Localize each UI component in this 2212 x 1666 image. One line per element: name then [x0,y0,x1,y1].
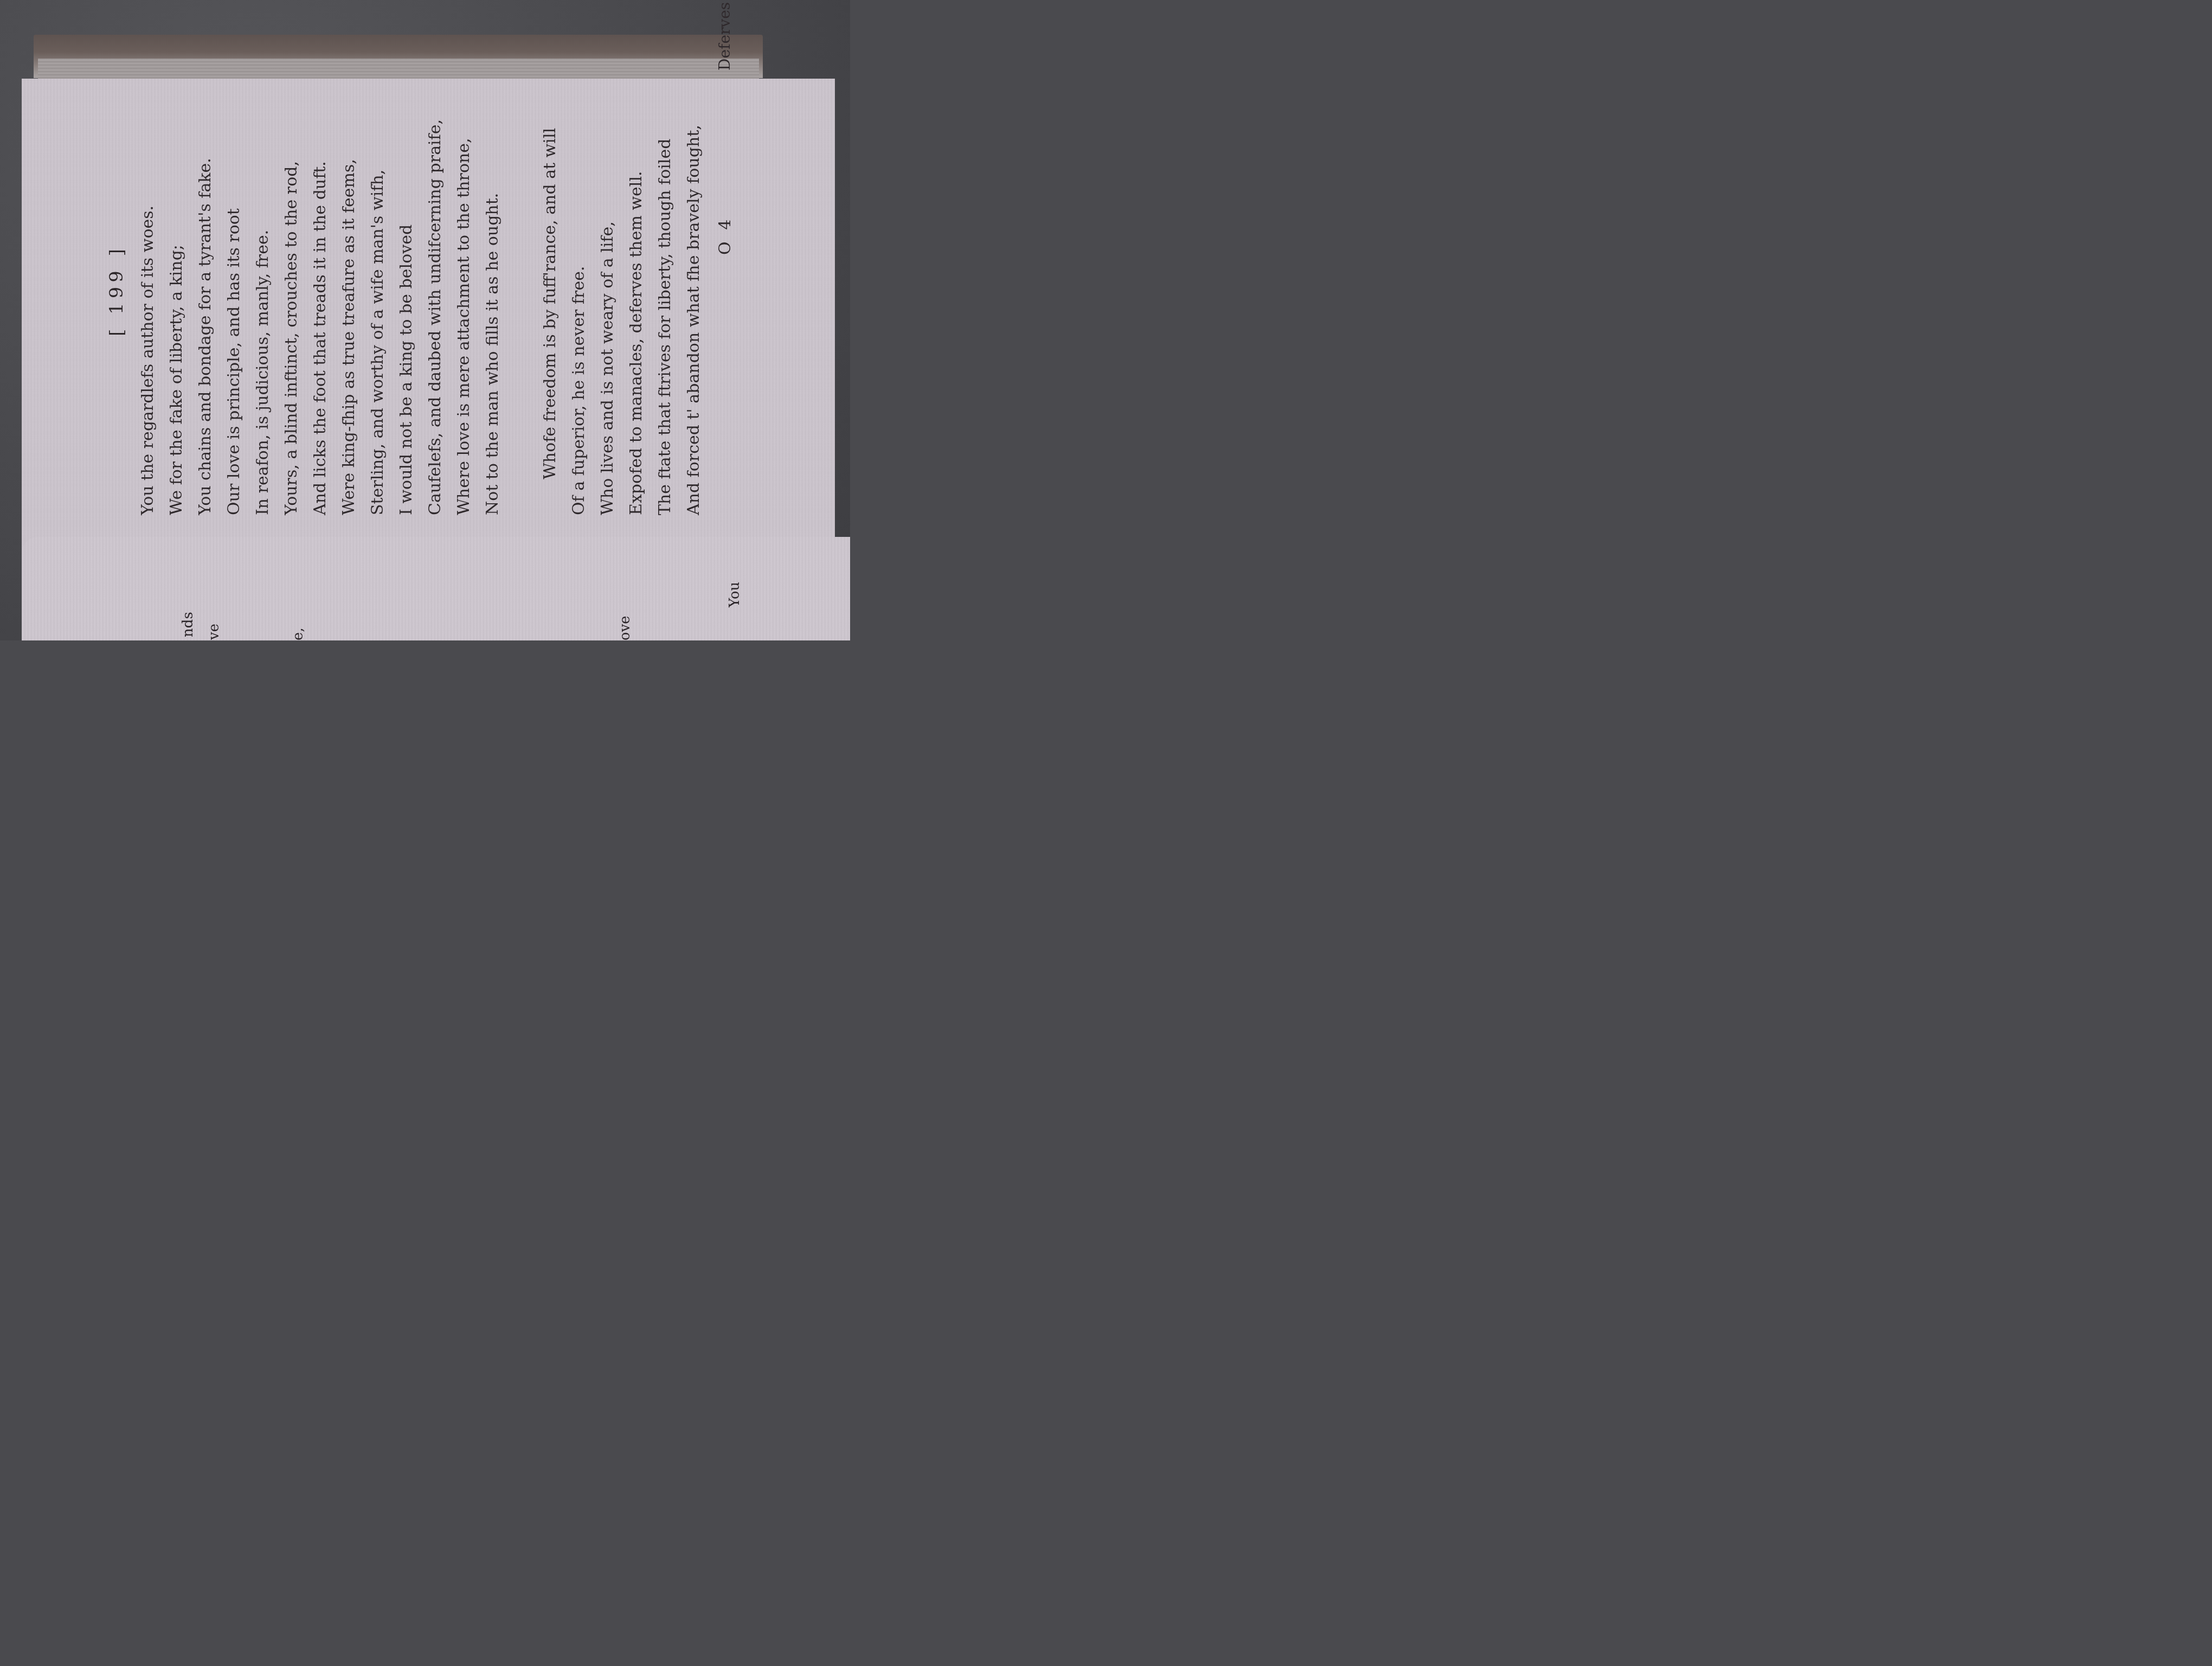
text-line: I would not be a king to be beloved [397,225,416,515]
text-line: Caufelefs, and daubed with undifcerning … [426,119,445,515]
facing-page-fragment: ove [617,616,633,640]
text-line: We for the fake of liberty, a king; [167,245,186,515]
text-line: You chains and bondage for a tyrant's fa… [196,158,215,515]
text-line: Of a fuperior, he is never free. [569,266,588,515]
text-line: Who lives and is not weary of a life, [598,221,617,515]
page-number: [ 199 ] [106,245,127,336]
page-text-block: [ 199 ] You the regardlefs author of its… [127,0,832,515]
text-line: Not to the man who fills it as he ought. [483,193,502,515]
facing-page-fragment: ve [206,624,222,640]
text-line: And licks the foot that treads it in the… [311,161,330,515]
text-line: Where love is mere attachment to the thr… [454,138,473,515]
catchword: Deferves [716,2,734,71]
text-line: Were king-fhip as true treafure as it fe… [339,159,358,515]
text-line: Yours, a blind inftinct, crouches to the… [282,161,301,515]
text-line: In reafon, is judicious, manly, free. [253,230,272,515]
text-line: You the regardlefs author of its woes. [138,206,157,515]
text-line: And forced t' abandon what fhe bravely f… [684,125,703,515]
facing-page-fragment: e, [290,627,306,640]
facing-page-fragment: You [726,582,743,607]
text-line: The ftate that ftrives for liberty, thou… [655,139,674,515]
signature-mark: O 4 [716,216,735,255]
verso-page [22,537,850,640]
text-line: Expofed to manacles, deferves them well. [627,171,646,515]
text-line: Sterling, and worthy of a wife man's wif… [368,170,387,515]
text-line: Our love is principle, and has its root [224,208,243,515]
facing-page-fragment: nds [180,612,196,637]
text-line: Whofe freedom is by fuff'rance, and at w… [541,128,560,515]
